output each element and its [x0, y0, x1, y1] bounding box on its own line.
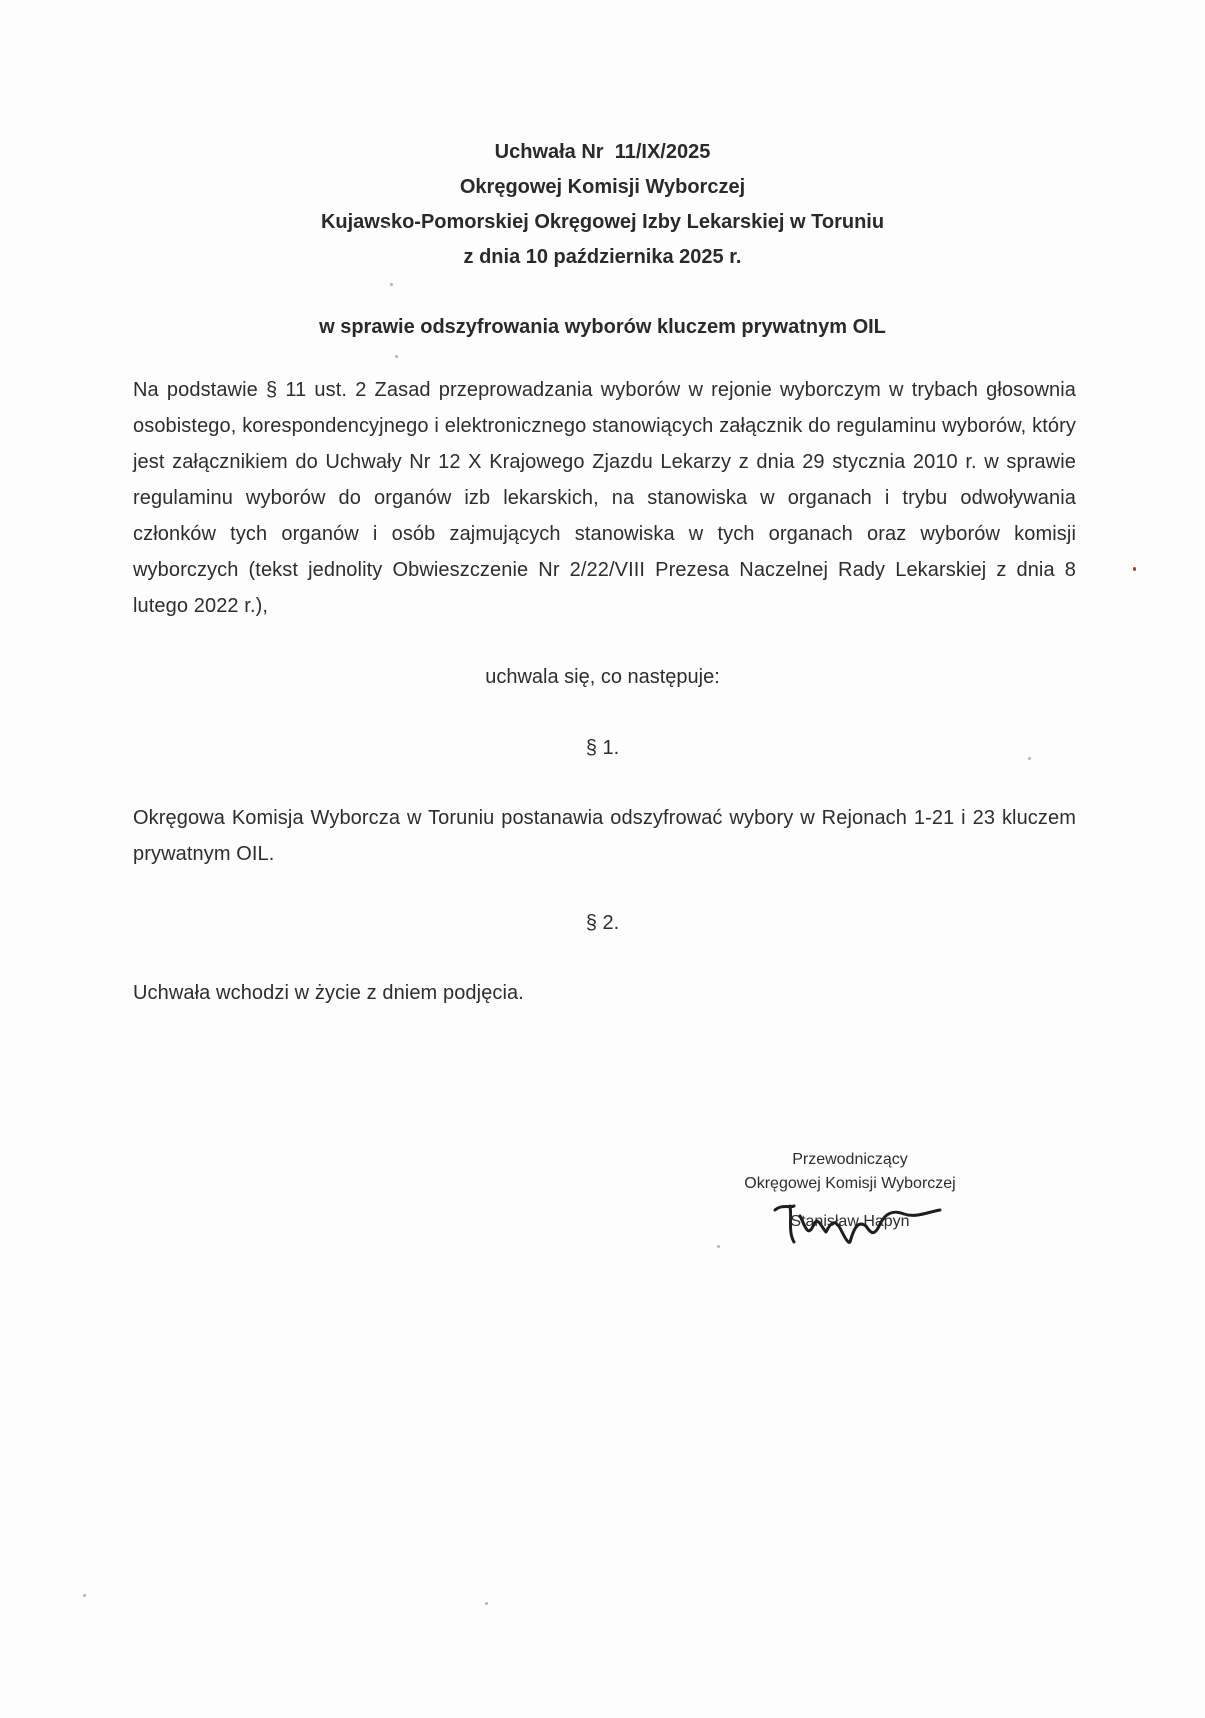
issuing-body: Okręgowej Komisji Wyborczej: [0, 171, 1205, 204]
resolution-date: z dnia 10 października 2025 r.: [0, 241, 1205, 274]
resolution-subject: w sprawie odszyfrowania wyborów kluczem …: [0, 311, 1205, 344]
resolution-number: Uchwała Nr 11/IX/2025: [0, 136, 1205, 169]
section-2-heading: § 2.: [0, 908, 1205, 938]
scan-speck: [386, 225, 389, 228]
signatory-body: Okręgowej Komisji Wyborczej: [700, 1172, 1000, 1196]
handwritten-signature-icon: [770, 1198, 950, 1248]
scan-speck: [1133, 567, 1136, 571]
signatory-title: Przewodniczący: [700, 1148, 1000, 1172]
scan-speck: [395, 355, 398, 358]
chamber-name: Kujawsko-Pomorskiej Okręgowej Izby Lekar…: [0, 206, 1205, 239]
section-2-text: Uchwała wchodzi w życie z dniem podjęcia…: [133, 975, 1076, 1011]
scan-speck: [485, 1602, 488, 1605]
resolves-line: uchwala się, co następuje:: [0, 662, 1205, 692]
scan-speck: [83, 1594, 86, 1597]
section-1-text: Okręgowa Komisja Wyborcza w Toruniu post…: [133, 800, 1076, 872]
scan-speck: [390, 283, 393, 286]
document-page: Uchwała Nr 11/IX/2025 Okręgowej Komisji …: [0, 0, 1205, 1718]
scan-speck: [717, 1245, 720, 1248]
legal-basis-paragraph: Na podstawie § 11 ust. 2 Zasad przeprowa…: [133, 372, 1076, 624]
section-1-heading: § 1.: [0, 733, 1205, 763]
scan-speck: [1028, 757, 1031, 760]
